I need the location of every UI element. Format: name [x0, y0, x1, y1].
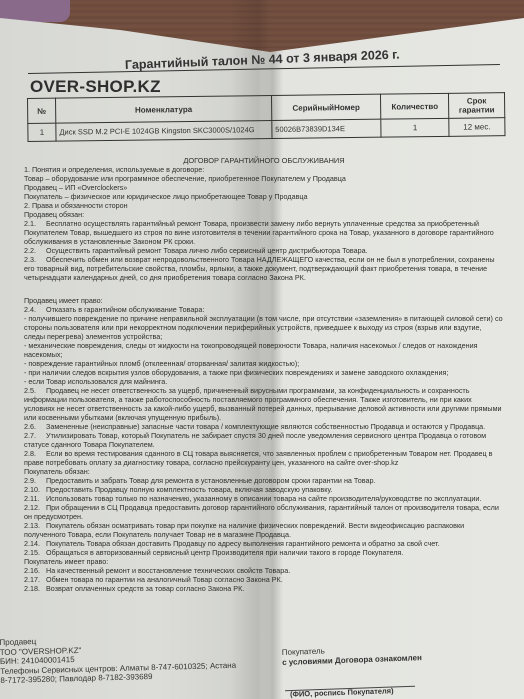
- col-serial: СерийныйНомер: [271, 94, 381, 120]
- clause: 2.13.Покупатель обязан осматривать товар…: [24, 521, 504, 539]
- col-quantity: Количество: [381, 93, 449, 119]
- contract-body: ДОГОВОР ГАРАНТИЙНОГО ОБСЛУЖИВАНИЯ 1. Пон…: [24, 156, 504, 593]
- clause: 2.2.Осуществить гарантийный ремонт Товар…: [24, 246, 504, 255]
- refusal-item: - получившего повреждение по причине неп…: [24, 314, 504, 341]
- clause: 2.15.Обращаться в авторизованный сервисн…: [24, 548, 504, 557]
- definition-buyer: Покупатель – физическое или юридическое …: [24, 192, 504, 201]
- shop-name: OVER-SHOP.KZ: [30, 77, 161, 97]
- refusal-item: - если Товар использовался для майнинга.: [24, 377, 504, 386]
- refusal-item: - механические повреждения, следы от жид…: [24, 341, 504, 359]
- section1-heading: 1. Понятия и определения, используемые в…: [24, 165, 504, 174]
- buyer-details: Покупатель с условиями Договора ознакомл…: [282, 643, 422, 667]
- refusal-item: - повреждение гарантийных пломб (отклеен…: [24, 359, 504, 368]
- seller-rights-heading: Продавец имеет право:: [24, 296, 504, 305]
- seller-obliged-heading: Продавец обязан:: [24, 210, 504, 219]
- refusal-item: - при наличии следов вскрытия узлов обор…: [24, 368, 504, 377]
- clause: 2.4.Отказать в гарантийном обслуживание …: [24, 305, 504, 314]
- buyer-rights-heading: Покупатель имеет право:: [24, 557, 504, 566]
- section2-heading: 2. Права и обязанности сторон: [24, 201, 504, 210]
- seller-details: Продавец ТОО "OVERSHOP.KZ" БИН: 24104000…: [0, 632, 236, 686]
- buyer-obliged-heading: Покупатель обязан:: [24, 467, 504, 476]
- col-item: Номенклатура: [56, 96, 272, 124]
- clause: 2.10.Предоставить Продавцу полную компле…: [24, 485, 504, 494]
- warranty-document: Гарантийный талон № 44 от 3 января 2026 …: [0, 0, 524, 699]
- definition-seller: Продавец – ИП «Overclockers»: [24, 183, 504, 192]
- clause: 2.6.Замененные (неисправные) запасные ча…: [24, 422, 504, 431]
- clause: 2.8.Если во время тестирования сданного …: [24, 449, 504, 467]
- signature-label: (ФИО, роспись Покупателя): [290, 686, 394, 699]
- clause: 2.14.Покупатель Товара обязан доставить …: [24, 539, 504, 548]
- row-item: Диск SSD M.2 PCI-E 1024GB Kingston SKC30…: [56, 121, 272, 142]
- col-number: №: [28, 98, 56, 123]
- clause: 2.3.Обеспечить обмен или возврат непродо…: [24, 255, 504, 282]
- clause: 2.12.При обращении в СЦ Продавца предост…: [24, 503, 504, 521]
- clause: 2.9.Предоставить и забрать Товар для рем…: [24, 476, 504, 485]
- definition-item: Товар – оборудование или программное обе…: [24, 174, 504, 183]
- items-table: № Номенклатура СерийныйНомер Количество …: [27, 92, 506, 142]
- clause: 2.11.Использовать товар только по назнач…: [24, 494, 504, 503]
- row-serial: 50026B73839D134E: [272, 119, 382, 138]
- clause: 2.1.Бесплатно осуществлять гарантийный р…: [24, 219, 504, 246]
- row-number: 1: [28, 123, 56, 141]
- clause: 2.17.Обмен товара по гарантии на аналоги…: [24, 575, 504, 584]
- clause: 2.7.Утилизировать Товар, который Покупат…: [24, 431, 504, 449]
- row-warranty: 12 мес.: [449, 118, 505, 137]
- clause: 2.18.Возврат оплаченных средств за товар…: [24, 584, 504, 593]
- contract-title: ДОГОВОР ГАРАНТИЙНОГО ОБСЛУЖИВАНИЯ: [24, 156, 504, 165]
- clause: 2.16.На качественный ремонт и восстановл…: [24, 566, 504, 575]
- row-quantity: 1: [381, 118, 449, 137]
- col-warranty: Срок гарантии: [449, 93, 505, 119]
- clause: 2.5.Продавец не несет ответственность за…: [24, 386, 504, 422]
